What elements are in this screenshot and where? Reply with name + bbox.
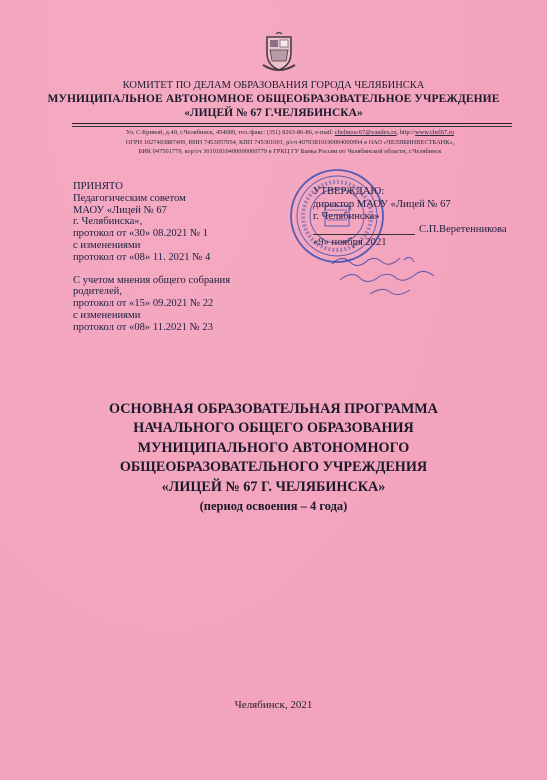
signature-line [313, 234, 415, 235]
contacts-line-2: ОГРН 1027403887499, ИНН 7453057054, КПП … [60, 138, 520, 148]
parents-line: С учетом мнения общего собрания [73, 275, 230, 287]
accepted-line: Педагогическим советом [73, 193, 230, 205]
approved-position: директор МАОУ «Лицей № 67 [313, 199, 513, 212]
signatory-name: С.П.Веретенникова [419, 224, 507, 237]
handwritten-signature-icon [330, 250, 450, 300]
approved-block: УТВЕРЖДАЮ: директор МАОУ «Лицей № 67 г. … [313, 186, 513, 249]
title-line: НАЧАЛЬНОГО ОБЩЕГО ОБРАЗОВАНИЯ [0, 419, 547, 438]
accepted-line: протокол от «30» 08.2021 № 1 [73, 228, 230, 240]
school-emblem-icon [262, 31, 296, 73]
document-page: КОМИТЕТ ПО ДЕЛАМ ОБРАЗОВАНИЯ ГОРОДА ЧЕЛЯ… [0, 0, 547, 780]
http-prefix: , http:// [397, 129, 415, 136]
committee-name: КОМИТЕТ ПО ДЕЛАМ ОБРАЗОВАНИЯ ГОРОДА ЧЕЛЯ… [0, 80, 547, 91]
contacts-line-1: Ул. С.Кривой, д.40, г.Челябинск, 454080,… [60, 128, 520, 138]
header-divider-thin [72, 126, 512, 127]
title-line: ОСНОВНАЯ ОБРАЗОВАТЕЛЬНАЯ ПРОГРАММА [0, 400, 547, 419]
program-title: ОСНОВНАЯ ОБРАЗОВАТЕЛЬНАЯ ПРОГРАММА НАЧАЛ… [0, 400, 547, 516]
title-subtitle: (период освоения – 4 года) [0, 497, 547, 516]
accepted-line: протокол от «08» 11. 2021 № 4 [73, 252, 230, 264]
place-and-year: Челябинск, 2021 [0, 699, 547, 711]
parents-line: протокол от «08» 11.2021 № 23 [73, 322, 230, 334]
institution-name-line1: МУНИЦИПАЛЬНОЕ АВТОНОМНОЕ ОБЩЕОБРАЗОВАТЕЛ… [0, 93, 547, 105]
title-line: ОБЩЕОБРАЗОВАТЕЛЬНОГО УЧРЕЖДЕНИЯ [0, 458, 547, 477]
title-line: МУНИЦИПАЛЬНОГО АВТОНОМНОГО [0, 439, 547, 458]
accepted-block: ПРИНЯТО Педагогическим советом МАОУ «Лиц… [73, 181, 230, 334]
address-phone: Ул. С.Кривой, д.40, г.Челябинск, 454080,… [126, 129, 335, 136]
title-line: «ЛИЦЕЙ № 67 Г. ЧЕЛЯБИНСКА» [0, 478, 547, 497]
accepted-heading: ПРИНЯТО [73, 181, 230, 193]
contact-details: Ул. С.Кривой, д.40, г.Челябинск, 454080,… [60, 128, 520, 157]
parents-line: протокол от «15» 09.2021 № 22 [73, 298, 230, 310]
parents-line: родителей, [73, 286, 230, 298]
accepted-line: г. Челябинска», [73, 216, 230, 228]
header-divider [72, 123, 512, 124]
approved-heading: УТВЕРЖДАЮ: [313, 186, 513, 199]
website-link[interactable]: www.chel67.ru [415, 129, 454, 136]
approval-date: «9» ноября 2021 [313, 237, 513, 250]
approved-position-city: г. Челябинска» [313, 211, 513, 224]
accepted-line: МАОУ «Лицей № 67 [73, 205, 230, 217]
parents-line: с изменениями [73, 310, 230, 322]
contacts-line-3: БИК 047501779, кор/сч 301018104000000007… [60, 147, 520, 157]
email-link[interactable]: chelmou-67@yandex.ru [335, 129, 397, 136]
accepted-line: с изменениями [73, 240, 230, 252]
institution-name-line2: «ЛИЦЕЙ № 67 Г.ЧЕЛЯБИНСКА» [0, 107, 547, 119]
